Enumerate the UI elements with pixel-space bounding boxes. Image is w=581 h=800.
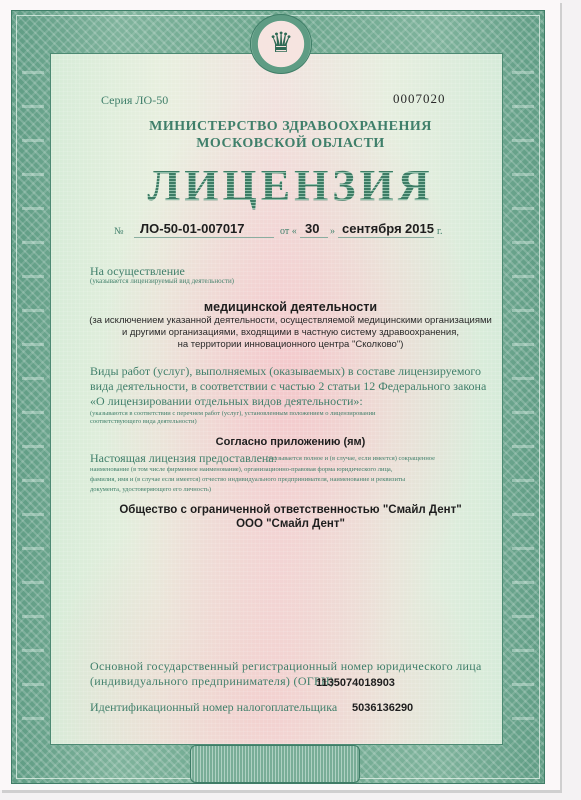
document-title: ЛИЦЕНЗИЯ bbox=[0, 160, 581, 211]
activity-value: медицинской деятельности bbox=[0, 300, 581, 314]
year-suffix: г. bbox=[437, 226, 442, 237]
works-value: Согласно приложению (ям) bbox=[0, 436, 581, 448]
activity-caption: (указывается лицензируемый вид деятельно… bbox=[90, 277, 234, 285]
license-day: 30 bbox=[305, 221, 319, 236]
works-text-line: вида деятельности, в соответствии с част… bbox=[90, 379, 486, 394]
ogrn-value: 1135074018903 bbox=[316, 677, 395, 689]
date-quote-close: » bbox=[330, 226, 335, 237]
inn-label: Идентификационный номер налогоплательщик… bbox=[90, 700, 337, 715]
works-text-line: «О лицензировании отдельных видов деятел… bbox=[90, 394, 363, 409]
document-text: Серия ЛО-50 0007020 МИНИСТЕРСТВО ЗДРАВОО… bbox=[0, 0, 581, 800]
licensee-caption-line: документа, удостоверяющего его личность) bbox=[90, 486, 211, 493]
number-sign: № bbox=[114, 226, 124, 237]
licensee-label: Настоящая лицензия предоставлена: bbox=[90, 451, 277, 466]
licensee-caption-first: (указывается полное и (в случае, если им… bbox=[266, 455, 435, 462]
ministry-name-line2: МОСКОВСКОЙ ОБЛАСТИ bbox=[0, 136, 581, 152]
series-label: Серия ЛО-50 bbox=[101, 93, 168, 108]
activity-note-line: и другими организациями, входящими в час… bbox=[0, 327, 581, 338]
inn-value: 5036136290 bbox=[352, 702, 413, 714]
day-underline bbox=[300, 237, 328, 238]
licensee-caption-line: наименование (в том числе фирменное наим… bbox=[90, 466, 392, 473]
licensee-caption-line: фамилия, имя и (в случае если имеется) о… bbox=[90, 476, 405, 483]
ogrn-label-line2: (индивидуального предпринимателя) (ОГРН) bbox=[90, 674, 334, 689]
works-caption-line: соответствующего вида деятельности) bbox=[90, 418, 197, 425]
date-from-label: от « bbox=[280, 226, 297, 237]
number-underline bbox=[134, 237, 274, 238]
license-number: ЛО-50-01-007017 bbox=[140, 221, 245, 236]
company-short-name: ООО "Смайл Дент" bbox=[0, 518, 581, 530]
activity-note-line: (за исключением указанной деятельности, … bbox=[0, 315, 581, 326]
activity-note-line: на территории инновационного центра "Ско… bbox=[0, 339, 581, 350]
works-caption-line: (указываются в соответствии с перечнем р… bbox=[90, 410, 376, 417]
ogrn-label-line1: Основной государственный регистрационный… bbox=[90, 659, 482, 674]
month-year-underline bbox=[338, 237, 434, 238]
company-full-name: Общество с ограниченной ответственностью… bbox=[0, 504, 581, 516]
license-month: сентября bbox=[342, 221, 402, 236]
serial-number: 0007020 bbox=[393, 91, 446, 107]
ministry-name-line1: МИНИСТЕРСТВО ЗДРАВООХРАНЕНИЯ bbox=[0, 119, 581, 135]
license-year: 2015 bbox=[405, 221, 434, 236]
works-text-line: Виды работ (услуг), выполняемых (оказыва… bbox=[90, 364, 481, 379]
